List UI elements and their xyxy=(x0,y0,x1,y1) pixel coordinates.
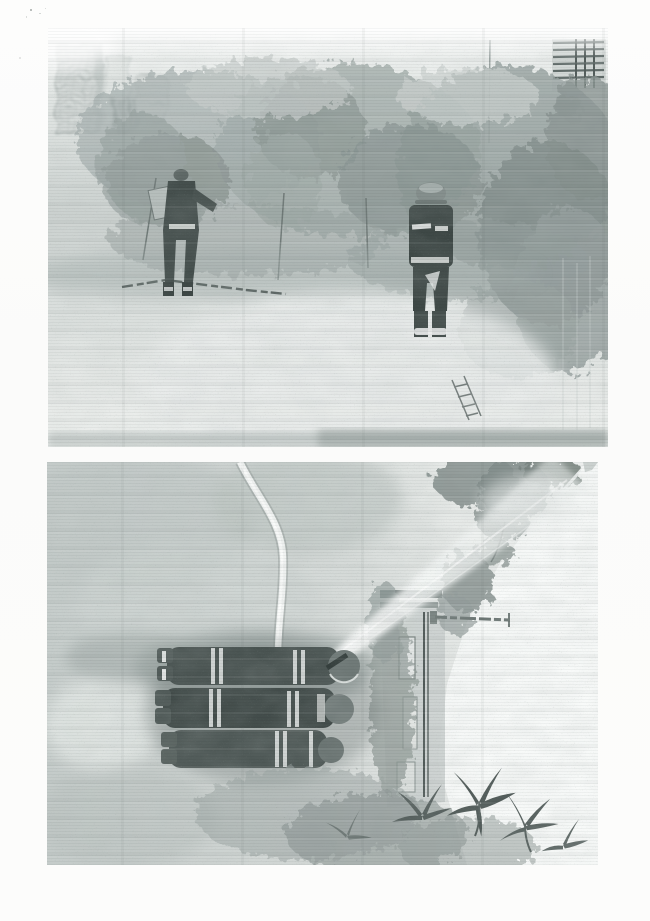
photo-top-canvas xyxy=(48,28,608,447)
scan-speck xyxy=(45,8,46,9)
scan-speck xyxy=(19,57,21,59)
grain-overlay xyxy=(48,28,608,447)
photo-top-firefighters-garden xyxy=(48,28,608,447)
scanned-page xyxy=(0,0,650,921)
scan-speck xyxy=(30,9,32,11)
photo-bottom-canvas xyxy=(47,462,598,865)
sky-fade xyxy=(48,28,608,58)
scan-speck xyxy=(39,13,41,14)
photo-bottom-firefighters-hose xyxy=(47,462,598,865)
grain-overlay xyxy=(47,462,598,865)
scan-speck xyxy=(26,16,27,18)
